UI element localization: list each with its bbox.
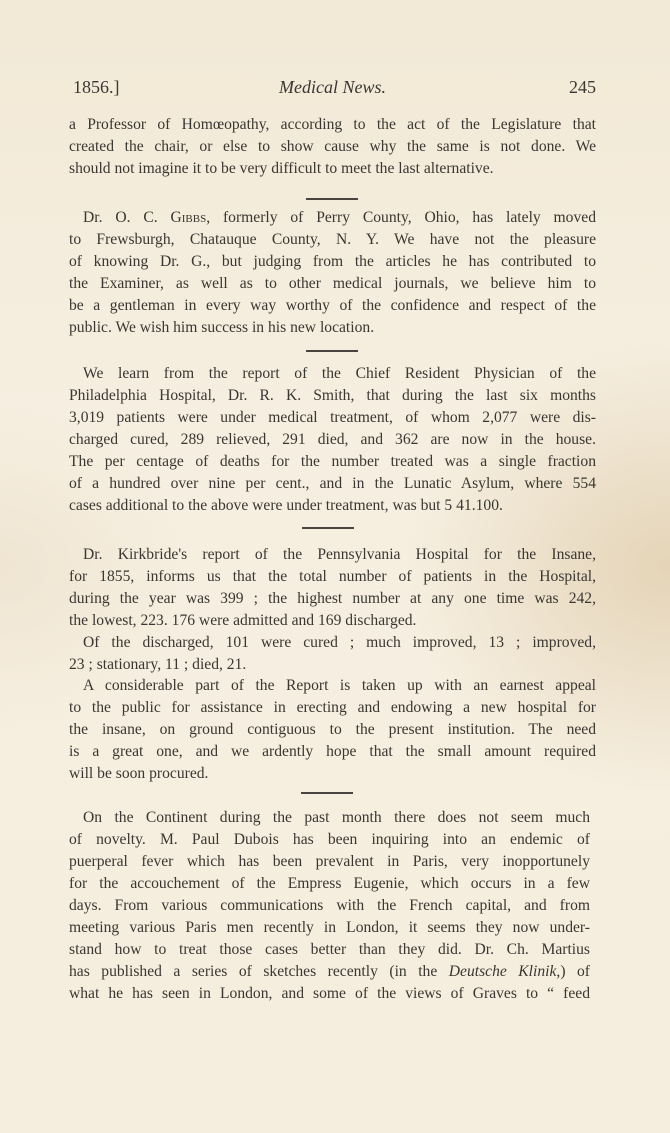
text-line: puerperal fever which has been prevalent… — [69, 851, 590, 873]
text-line: On the Continent during the past month t… — [69, 807, 590, 829]
text-fragment: , formerly of Perry County, Ohio, has la… — [206, 209, 596, 226]
text-line: will be soon procured. — [69, 763, 596, 785]
section-divider — [302, 527, 354, 529]
text-line: the Examiner, as well as to other medica… — [69, 273, 596, 295]
text-line: during the year was 399 ; the highest nu… — [69, 588, 596, 610]
text-line: of knowing Dr. G., but judging from the … — [69, 251, 596, 273]
paragraph-kirkbride-discharged: Of the discharged, 101 were cured ; much… — [69, 632, 596, 676]
text-line: public. We wish him success in his new l… — [69, 317, 596, 339]
text-line: Dr. O. C. Gibbs, formerly of Perry Count… — [69, 207, 596, 229]
section-divider — [306, 350, 358, 352]
text-fragment: has published a series of sketches recen… — [69, 963, 449, 980]
page-number: 245 — [569, 76, 596, 98]
paragraph-kirkbride-report: Dr. Kirkbride's report of the Pennsylvan… — [69, 544, 596, 632]
text-line: cases additional to the above were under… — [69, 495, 596, 517]
paragraph-continent: On the Continent during the past month t… — [69, 807, 590, 1005]
text-line: The per centage of deaths for the number… — [69, 451, 596, 473]
text-line: what he has seen in London, and some of … — [69, 983, 590, 1005]
text-line: Philadelphia Hospital, Dr. R. K. Smith, … — [69, 385, 596, 407]
text-line: stand how to treat those cases better th… — [69, 939, 590, 961]
text-line: Dr. Kirkbride's report of the Pennsylvan… — [69, 544, 596, 566]
section-divider — [301, 792, 353, 794]
text-line: 3,019 patients were under medical treatm… — [69, 407, 596, 429]
text-line: 23 ; stationary, 11 ; died, 21. — [69, 654, 596, 676]
person-name-smallcaps: Gibbs — [171, 209, 207, 226]
paragraph-homoeopathy: a Professor of Homœopathy, according to … — [69, 114, 596, 180]
text-line: Of the discharged, 101 were cured ; much… — [69, 632, 596, 654]
running-head-title: Medical News. — [69, 76, 596, 98]
text-line: meeting various Paris men recently in Lo… — [69, 917, 590, 939]
paragraph-kirkbride-appeal: A considerable part of the Report is tak… — [69, 675, 596, 785]
paragraph-gibbs: Dr. O. C. Gibbs, formerly of Perry Count… — [69, 207, 596, 339]
text-line: the insane, on ground contiguous to the … — [69, 719, 596, 741]
text-line: has published a series of sketches recen… — [69, 961, 590, 983]
text-line: of a hundred over nine per cent., and in… — [69, 473, 596, 495]
text-line: be a gentleman in every way worthy of th… — [69, 295, 596, 317]
text-line: for the accouchement of the Empress Euge… — [69, 873, 590, 895]
text-fragment: ) of — [560, 963, 590, 980]
text-line: for 1855, informs us that the total numb… — [69, 566, 596, 588]
text-line: a Professor of Homœopathy, according to … — [69, 114, 596, 136]
text-line: to the public for assistance in erecting… — [69, 697, 596, 719]
text-line: is a great one, and we ardently hope tha… — [69, 741, 596, 763]
text-line: created the chair, or else to show cause… — [69, 136, 596, 158]
running-head: 1856.] Medical News. 245 — [69, 76, 596, 98]
text-line: the lowest, 223. 176 were admitted and 1… — [69, 610, 596, 632]
paragraph-philadelphia-hospital: We learn from the report of the Chief Re… — [69, 363, 596, 517]
text-line: charged cured, 289 relieved, 291 died, a… — [69, 429, 596, 451]
text-line: We learn from the report of the Chief Re… — [69, 363, 596, 385]
text-line: days. From various communications with t… — [69, 895, 590, 917]
text-line: should not imagine it to be very difficu… — [69, 158, 596, 180]
text-line: to Frewsburgh, Chatauque County, N. Y. W… — [69, 229, 596, 251]
text-fragment: Dr. O. C. — [83, 209, 171, 226]
text-line: of novelty. M. Paul Dubois has been inqu… — [69, 829, 590, 851]
journal-title-italic: Deutsche Klinik, — [449, 963, 561, 980]
text-line: A considerable part of the Report is tak… — [69, 675, 596, 697]
section-divider — [306, 198, 358, 200]
